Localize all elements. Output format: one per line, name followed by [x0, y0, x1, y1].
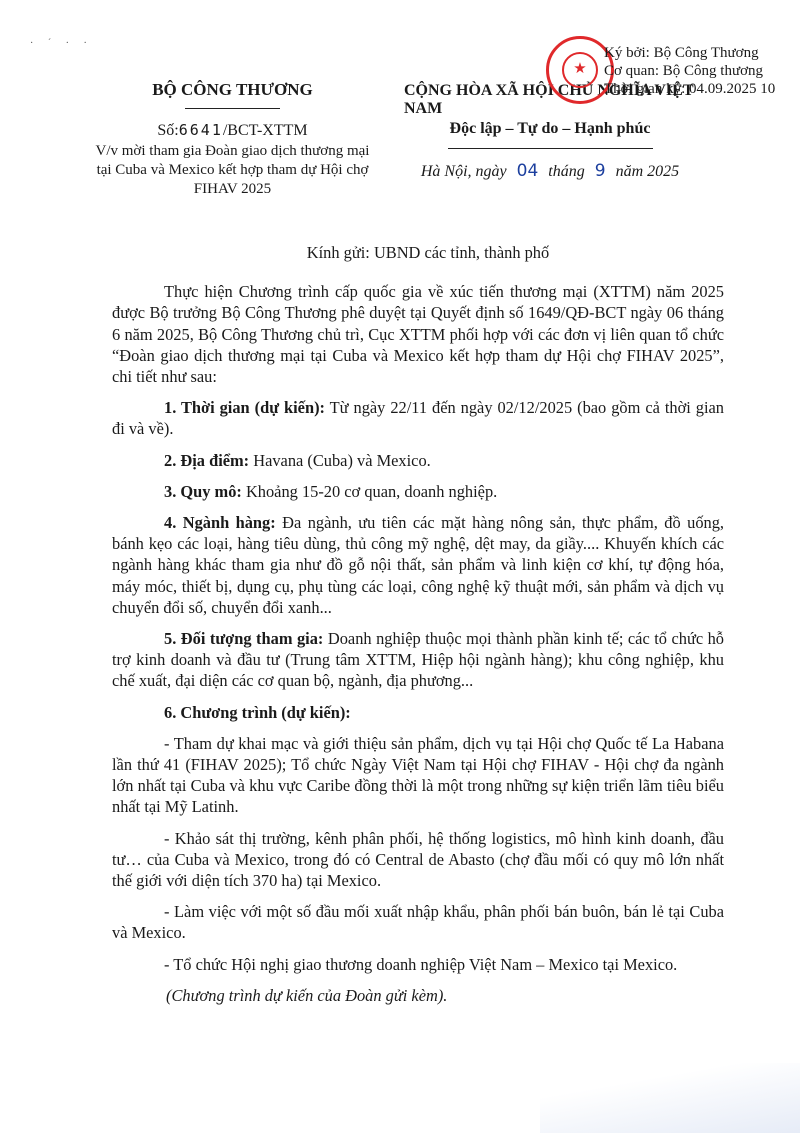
- signing-organization: Cơ quan: Bộ Công thương: [604, 62, 775, 80]
- issuer-block: BỘ CÔNG THƯƠNG Số:6641/BCT-XTTM V/v mời …: [80, 80, 385, 199]
- doc-number-prefix: Số:: [157, 122, 178, 139]
- handwritten-day: 04: [507, 161, 549, 181]
- seal-emblem: ★: [562, 52, 598, 88]
- section-program: 6. Chương trình (dự kiến):: [112, 702, 724, 723]
- program-item: - Khảo sát thị trường, kênh phân phối, h…: [112, 828, 724, 892]
- intro-paragraph: Thực hiện Chương trình cấp quốc gia về x…: [112, 281, 724, 387]
- program-item: - Tham dự khai mạc và giới thiệu sản phẩ…: [112, 733, 724, 818]
- section-time: 1. Thời gian (dự kiến): Từ ngày 22/11 đế…: [112, 397, 724, 439]
- national-motto: Độc lập – Tự do – Hạnh phúc: [400, 120, 700, 138]
- signed-by: Ký bởi: Bộ Công Thương: [604, 44, 775, 62]
- signing-time: Thời gian ký: 04.09.2025 10: [604, 80, 775, 98]
- document-page: · ˊ · · BỘ CÔNG THƯƠNG Số:6641/BCT-XTTM …: [0, 0, 800, 1133]
- month-label: tháng: [548, 163, 584, 180]
- agency-underline: [185, 108, 280, 109]
- year-label: năm 2025: [616, 163, 680, 180]
- section-label: 5. Đối tượng tham gia:: [164, 629, 323, 648]
- place-date: Hà Nội, ngày04tháng9năm 2025: [400, 161, 700, 181]
- star-icon: ★: [564, 59, 596, 77]
- attachment-note: (Chương trình dự kiến của Đoàn gửi kèm).: [112, 985, 724, 1006]
- section-industries: 4. Ngành hàng: Đa ngành, ưu tiên các mặt…: [112, 512, 724, 618]
- section-label: 1. Thời gian (dự kiến):: [164, 398, 325, 417]
- digital-signature: Ký bởi: Bộ Công Thương Cơ quan: Bộ Công …: [604, 44, 775, 98]
- motto-underline: [448, 148, 653, 149]
- section-scale: 3. Quy mô: Khoảng 15-20 cơ quan, doanh n…: [112, 481, 724, 502]
- scan-shadow: [540, 1063, 800, 1133]
- issuing-agency: BỘ CÔNG THƯƠNG: [80, 80, 385, 100]
- section-label: 2. Địa điểm:: [164, 451, 249, 470]
- scan-artifacts: · ˊ · ·: [30, 38, 93, 49]
- section-label: 4. Ngành hàng:: [164, 513, 276, 532]
- document-body: Kính gửi: UBND các tỉnh, thành phố Thực …: [112, 242, 724, 1006]
- recipient-line: Kính gửi: UBND các tỉnh, thành phố: [112, 242, 724, 263]
- document-number: Số:6641/BCT-XTTM: [80, 121, 385, 140]
- handwritten-month: 9: [585, 161, 616, 181]
- section-label: 6. Chương trình (dự kiến):: [164, 703, 351, 722]
- doc-number-handwritten: 6641: [179, 121, 223, 139]
- section-text: Khoảng 15-20 cơ quan, doanh nghiệp.: [242, 482, 497, 501]
- program-item: - Làm việc với một số đầu mối xuất nhập …: [112, 901, 724, 943]
- section-location: 2. Địa điểm: Havana (Cuba) và Mexico.: [112, 450, 724, 471]
- program-item: - Tổ chức Hội nghị giao thương doanh ngh…: [112, 954, 724, 975]
- doc-number-suffix: /BCT-XTTM: [223, 122, 308, 139]
- place-date-prefix: Hà Nội, ngày: [421, 163, 507, 180]
- document-subject: V/v mời tham gia Đoàn giao dịch thương m…: [80, 142, 385, 199]
- section-participants: 5. Đối tượng tham gia: Doanh nghiệp thuộ…: [112, 628, 724, 692]
- section-label: 3. Quy mô:: [164, 482, 242, 501]
- section-text: Havana (Cuba) và Mexico.: [249, 451, 431, 470]
